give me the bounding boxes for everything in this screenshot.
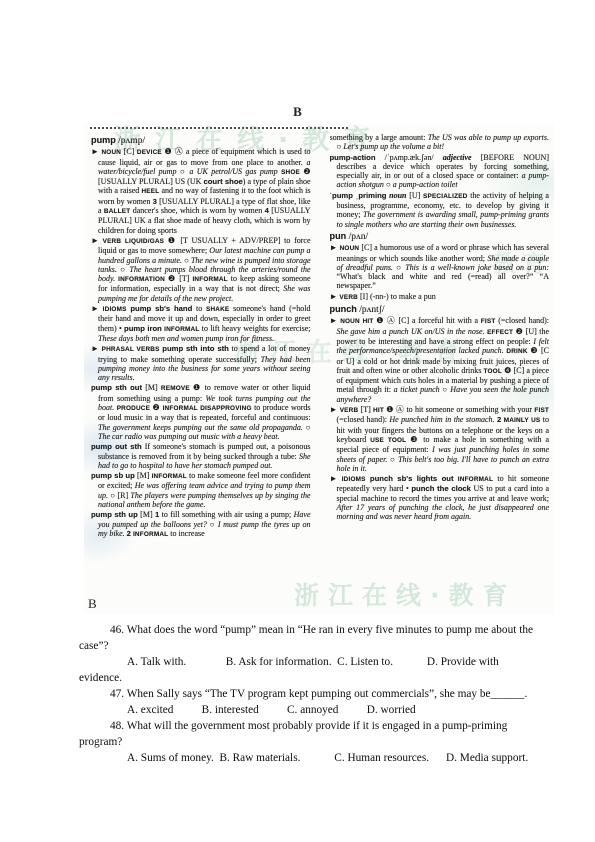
dict-para-pump-idioms: ► IDIOMS pump sb's hand to SHAKE someone… <box>91 304 311 343</box>
question-48-options: A. Sums of money. B. Raw materials. C. H… <box>79 750 549 766</box>
question-48-text: 48. What will the government most probab… <box>79 718 549 734</box>
dict-para-pump-sth-up-cont: something by a large amount: The US was … <box>330 133 550 152</box>
dict-para-punch-verb: ► VERB [T] HIT ❶ Ⓐ to hit someone or som… <box>330 405 550 473</box>
question-47-options: A. excited B. interested C. annoyed D. w… <box>79 702 549 718</box>
question-46-options-wrap: evidence. <box>79 670 549 686</box>
headword-punch: punch /pʌntʃ/ <box>330 305 550 315</box>
dict-para-pump-out-sth: pump out sth If someone's stomach is pum… <box>91 442 311 470</box>
dict-para-pump-sth-out: pump sth out [M] REMOVE ❶ to remove wate… <box>91 383 311 441</box>
question-47-text: 47. When Sally says “The TV program kept… <box>79 686 549 702</box>
question-46-text-wrap: case”? <box>79 638 549 654</box>
scan-dotted-rule <box>90 127 348 129</box>
headword-pun: pun /pʌn/ <box>330 232 550 242</box>
dict-para-pump-noun: ► NOUN [C] DEVICE ❶ Ⓐ a piece of equipme… <box>91 147 311 235</box>
dictionary-right-column: something by a large amount: The US was … <box>330 133 550 607</box>
dict-para-pump-priming: ˈpump ˌpriming noun [U] SPECIALIZED the … <box>330 191 550 229</box>
questions-block: 46. What does the word “pump” mean in “H… <box>79 622 549 766</box>
dict-para-pun-verb: ► VERB [I] (-nn-) to make a pun <box>330 292 550 302</box>
dictionary-scan-image: 浙江在线·教育 浙江在线·教育 浙江在线·教育 教育 pump /pʌmp/ ►… <box>84 124 554 614</box>
dict-para-pump-verb: ► VERB LIQUID/GAS ❶ [T USUALLY + ADV/PRE… <box>91 236 311 303</box>
dict-para-pun-noun: ► NOUN [C] a humorous use of a word or p… <box>330 243 550 290</box>
section-label-top: B <box>0 104 595 120</box>
question-46-text: 46. What does the word “pump” mean in “H… <box>79 622 549 638</box>
dictionary-left-column: pump /pʌmp/ ► NOUN [C] DEVICE ❶ Ⓐ a piec… <box>91 133 311 607</box>
dict-para-pump-sth-up: pump sth up [M] 1 to fill something with… <box>91 510 311 539</box>
question-46-options: A. Talk with. B. Ask for information. C.… <box>79 654 549 670</box>
section-label-bottom: B <box>88 596 97 612</box>
dict-para-punch-idioms: ► IDIOMS punch sb's lights out INFORMAL … <box>330 474 550 521</box>
dictionary-columns: pump /pʌmp/ ► NOUN [C] DEVICE ❶ Ⓐ a piec… <box>91 133 549 607</box>
dict-para-pump-action: pump-action /ˈpʌmp.æk.ʃən/ adjective [BE… <box>330 153 550 190</box>
question-48-text-wrap: program? <box>79 734 549 750</box>
dict-para-pump-phrasal-verbs: ► PHRASAL VERBS pump sth into sth to spe… <box>91 344 311 382</box>
dict-para-pump-sb-up: pump sb up [M] INFORMAL to make someone … <box>91 471 311 509</box>
headword-pump: pump /pʌmp/ <box>91 136 311 146</box>
exam-page: B 浙江在线·教育 浙江在线·教育 浙江在线·教育 教育 pump /pʌmp/… <box>0 0 595 842</box>
dict-para-punch-noun: ► NOUN HIT ❶ Ⓐ [C] a forceful hit with a… <box>330 316 550 404</box>
